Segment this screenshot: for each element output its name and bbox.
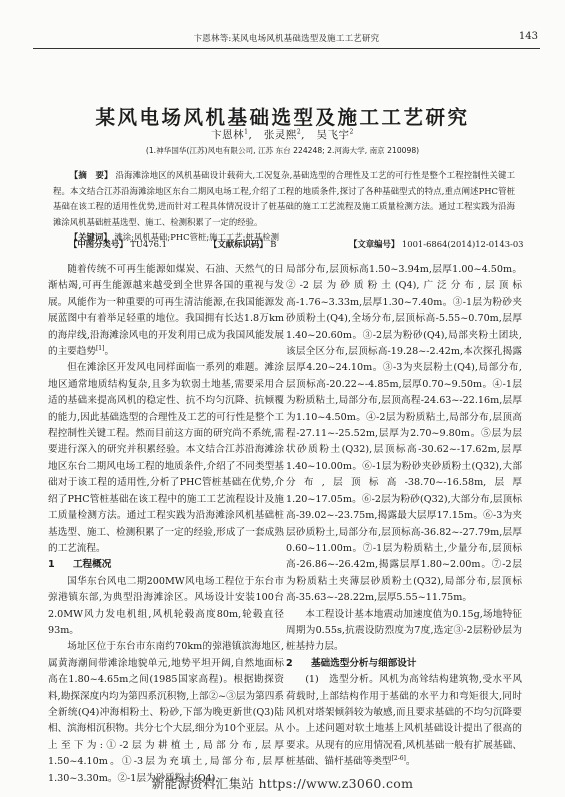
section-heading-2: 2基础选型分析与细部设计 [286,656,522,672]
doc-code-label: 【文献标识码】 [209,239,268,249]
running-head: 卞恩林等:某风电场风机基础选型及施工工艺研究 143 [33,30,540,49]
page-number: 143 [519,31,538,42]
doc-code-value: B [270,239,276,249]
clc-label: 【中图分类号】 [69,239,128,249]
author-name: 卞恩林 [211,129,244,141]
abstract-paragraph: 【摘 要】 沿海滩涂地区的风机基础设计载荷大,工况复杂,基础选型的合理性及工艺的… [53,168,515,230]
section-title: 工程概况 [73,559,111,570]
citation-ref[interactable]: [2-6] [392,755,406,762]
author-name: 张灵熙 [264,129,297,141]
clc-value: TU476.1 [130,239,167,249]
author-affil-mark: 2 [350,129,354,136]
author-list: 卞恩林1, 张灵熙2, 吴飞宇2 [0,127,565,142]
author-name: 吴飞宇 [317,129,350,141]
paragraph-text: 。 [406,756,416,767]
author-affil-mark: 2 [297,129,301,136]
section-number: 2 [286,656,311,672]
clc-cell: 【中图分类号】 TU476.1 [69,238,209,250]
article-no-label: 【文章编号】 [349,239,399,249]
body-paragraph: 随着传统不可再生能源如煤炭、石油、天然气的日渐枯竭,可再生能源越来越受到全世界各… [48,262,284,360]
affiliations: (1.神华国华(江苏)风电有限公司, 江苏 东台 224248; 2.河海大学,… [0,145,565,156]
author-affil-mark: 1 [244,129,248,136]
article-no-cell: 【文章编号】 1001-6864(2014)12-0143-03 [349,238,524,250]
body-paragraph: 但在滩涂区开发风电同样面临一系列的难题。滩涂地区通常地质结构复杂,且多为软弱土地… [48,360,284,557]
body-column-left: 随着传统不可再生能源如煤炭、石油、天然气的日渐枯竭,可再生能源越来越受到全世界各… [48,262,284,787]
body-paragraph: (1) 选型分析。风机为高耸结构建筑物,受水平风荷载时,上部结构作用于基础的水平… [286,672,522,770]
watermark-footer: 新能源资料汇集站 https://www.z3060.com [0,774,565,792]
doc-code-cell: 【文献标识码】 B [209,238,349,250]
abstract-text: 沿海滩涂地区的风机基础设计载荷大,工况复杂,基础选型的合理性及工艺的可行性是整个… [53,170,515,227]
body-paragraph-continued: 局部分布,层顶标高1.50~3.94m,层厚1.00~4.50m。②-2层为砂质… [286,262,522,607]
body-column-right: 局部分布,层顶标高1.50~3.94m,层厚1.00~4.50m。②-2层为砂质… [286,262,522,771]
classification-row: 【中图分类号】 TU476.1 【文献标识码】 B 【文章编号】 1001-68… [69,238,529,250]
paragraph-text: (1) 选型分析。风机为高耸结构建筑物,受水平风荷载时,上部结构作用于基础的水平… [286,674,522,767]
article-no-value: 1001-6864(2014)12-0143-03 [402,239,524,249]
section-heading-1: 1工程概况 [48,557,284,573]
article-title: 某风电场风机基础选型及施工工艺研究 [0,102,565,130]
abstract-block: 【摘 要】 沿海滩涂地区的风机基础设计载荷大,工况复杂,基础选型的合理性及工艺的… [53,168,515,246]
body-paragraph: 本工程设计基本地震动加速度值为0.15g,场地特征周期为0.55s,抗震设防烈度… [286,607,522,656]
body-paragraph: 国华东台风电二期200MW风电场工程位于东台市弶港镇东部,为典型沿海滩涂区。风场… [48,574,284,640]
body-paragraph: 场址区位于东台市东南约70km的弶港镇滨海地区,属黄海潮间带滩涂地貌单元,地势平… [48,639,284,787]
paragraph-text: 。 [104,346,114,357]
paragraph-text: 随着传统不可再生能源如煤炭、石油、天然气的日渐枯竭,可再生能源越来越受到全世界各… [48,264,284,357]
running-head-title: 卞恩林等:某风电场风机基础选型及施工工艺研究 [33,32,540,44]
section-title: 基础选型分析与细部设计 [311,658,417,669]
abstract-label: 【摘 要】 [70,170,113,180]
section-number: 1 [48,557,73,573]
